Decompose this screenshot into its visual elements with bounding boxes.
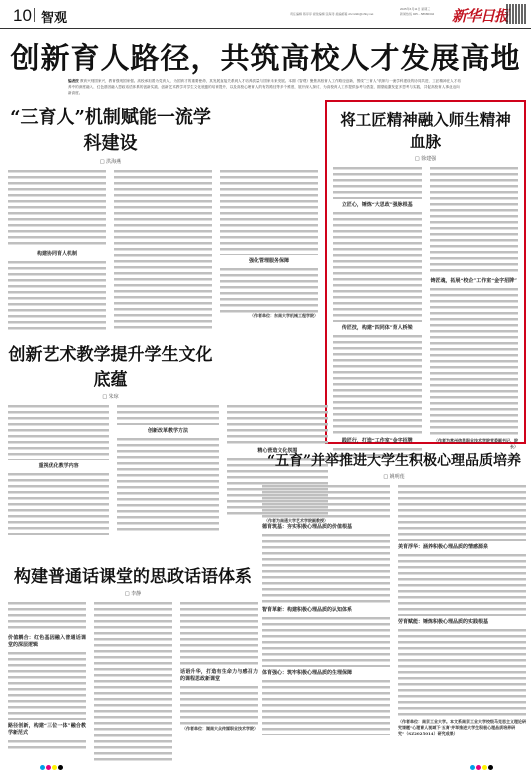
editor-note-text: 教育兴则国家兴，教育强则国家强。高校承担着为党育人、为国育才的重要使命，其发展直… xyxy=(68,79,461,95)
subheading: 立匠心，锤炼“大思政”强脉根基 xyxy=(333,202,422,209)
subheading: 话语升华，打造有生命力与感召力的课程思政新课堂 xyxy=(180,669,258,683)
article-title: “三育人”机制赋能一流学科建设 xyxy=(8,103,213,155)
byline: □ 朱琼 xyxy=(8,393,213,400)
article-title: 将工匠精神融入师生精神血脉 xyxy=(333,108,518,152)
article-putonghua[interactable]: 构建普通话课堂的思政话语体系 □ 李静 价值耦合：红色基因融入普通话课堂的深层逻… xyxy=(8,562,258,762)
subheading: 智育革新：构建积极心理品质的认知体系 xyxy=(262,607,390,614)
issue-date: 2025年6月11日 星期三新闻热线 025－58680342 xyxy=(400,7,445,17)
subheading: 铸匠魂，拓展“校企”工作室“金字招牌” xyxy=(430,278,519,285)
author-name: 姚明莲 xyxy=(390,474,405,480)
subheading: 劳育赋能：锤炼积极心理品质的实践根基 xyxy=(398,619,526,626)
subheading: 重视优化教学内容 xyxy=(8,463,109,470)
page-number: 10 xyxy=(13,6,32,26)
header-divider xyxy=(34,8,35,22)
section-name: 智观 xyxy=(41,7,67,26)
subheading: 价值耦合：红色基因融入普通话课堂的深层逻辑 xyxy=(8,635,86,649)
phone-text: 新闻热线 025－58680342 xyxy=(400,12,434,16)
author-name: 徐建强 xyxy=(421,156,436,162)
author-note: （作者单位：东南大学机械工程学院） xyxy=(220,313,318,319)
article-title: “五育”并举推进大学生积极心理品质培养 xyxy=(262,450,526,470)
subheading: 践匠行，打造“工作室”金字招牌 xyxy=(333,438,422,445)
byline: □ 李静 xyxy=(8,590,258,597)
article-wuyu[interactable]: “五育”并举推进大学生积极心理品质培养 □ 姚明莲 德育筑基：夯实积极心理品质的… xyxy=(262,450,526,762)
author-note: （作者单位：湖南大众传媒职业技术学院） xyxy=(180,726,258,732)
subheading: 体育强心：筑牢积极心理品质的生理保障 xyxy=(262,670,390,677)
article-column xyxy=(114,170,212,330)
byline: □ 徐建强 xyxy=(333,155,518,162)
page-header: 10 智观 责任编辑 蒋亭亭 视觉编辑 张海涛 美编邮箱 xhcnzkb@xhb… xyxy=(0,0,531,29)
article-column: 铸匠魂，拓展“校企”工作室“金字招牌” （作者为常州信息职业技术学院党委副书记、… xyxy=(430,167,519,467)
author-note: （作者为常州信息职业技术学院党委副书记、院长） xyxy=(430,438,519,450)
article-sanyuren[interactable]: “三育人”机制赋能一流学科建设 □ 洪海燕 构建协同育人机制 强化管理服务保障 … xyxy=(8,103,318,305)
editor-credits: 责任编辑 蒋亭亭 视觉编辑 张海涛 美编邮箱 xhcnzkb@xhby.net xyxy=(290,12,373,16)
editor-note-label: 编者按 xyxy=(68,79,79,83)
author-note: （作者单位：南京工业大学。本文系南京工业大学校级马克思主义理论研究课题“心理育人… xyxy=(398,719,526,737)
editor-note: 编者按 教育兴则国家兴，教育强则国家强。高校承担着为党育人、为国育才的重要使命，… xyxy=(68,78,463,97)
print-color-marks xyxy=(40,765,64,772)
subheading: 美育浮华：涵养积极心理品质的情感源泉 xyxy=(398,544,526,551)
article-column: 美育浮华：涵养积极心理品质的情感源泉 劳育赋能：锤炼积极心理品质的实践根基 （作… xyxy=(398,485,526,765)
article-column: 重视优化教学内容 xyxy=(8,405,109,533)
article-title: 创新艺术教学提升学生文化底蕴 xyxy=(8,340,213,390)
article-column: 创新改革教学方法 xyxy=(117,405,218,533)
subheading: 构建协同育人机制 xyxy=(8,251,106,258)
newspaper-logo: 新华日报 xyxy=(452,5,508,26)
article-column xyxy=(94,602,172,762)
subheading: 强化管理服务保障 xyxy=(220,258,318,265)
date-text: 2025年6月11日 星期三 xyxy=(400,7,430,11)
byline: □ 姚明莲 xyxy=(262,473,526,480)
page-title: 创新育人路径，共筑高校人才发展高地 xyxy=(0,36,531,77)
print-color-marks xyxy=(470,765,494,772)
subheading: 路径创新，构建“三位一体”融合教学新范式 xyxy=(8,723,86,737)
subheading: 德育筑基：夯实积极心理品质的价值根基 xyxy=(262,524,390,531)
article-gongjiang[interactable]: 将工匠精神融入师生精神血脉 □ 徐建强 立匠心，锤炼“大思政”强脉根基 传匠技，… xyxy=(325,100,526,444)
author-name: 李静 xyxy=(131,591,141,597)
article-column: 德育筑基：夯实积极心理品质的价值根基 智育革新：构建积极心理品质的认知体系 体育… xyxy=(262,485,390,765)
article-title: 构建普通话课堂的思政话语体系 xyxy=(8,562,258,587)
subheading: 传匠技，构建“四同体”育人桥梁 xyxy=(333,325,422,332)
article-column: 强化管理服务保障 （作者单位：东南大学机械工程学院） xyxy=(220,170,318,330)
article-column: 构建协同育人机制 xyxy=(8,170,106,330)
subheading: 创新改革教学方法 xyxy=(117,428,218,435)
article-column: 话语升华，打造有生命力与感召力的课程思政新课堂 （作者单位：湖南大众传媒职业技术… xyxy=(180,602,258,762)
article-column: 价值耦合：红色基因融入普通话课堂的深层逻辑 路径创新，构建“三位一体”融合教学新… xyxy=(8,602,86,762)
author-name: 朱琼 xyxy=(109,394,119,400)
article-column: 立匠心，锤炼“大思政”强脉根基 传匠技，构建“四同体”育人桥梁 践匠行，打造“工… xyxy=(333,167,422,467)
qr-code-icon[interactable] xyxy=(506,4,526,24)
byline: □ 洪海燕 xyxy=(8,158,213,165)
author-name: 洪海燕 xyxy=(106,159,121,165)
